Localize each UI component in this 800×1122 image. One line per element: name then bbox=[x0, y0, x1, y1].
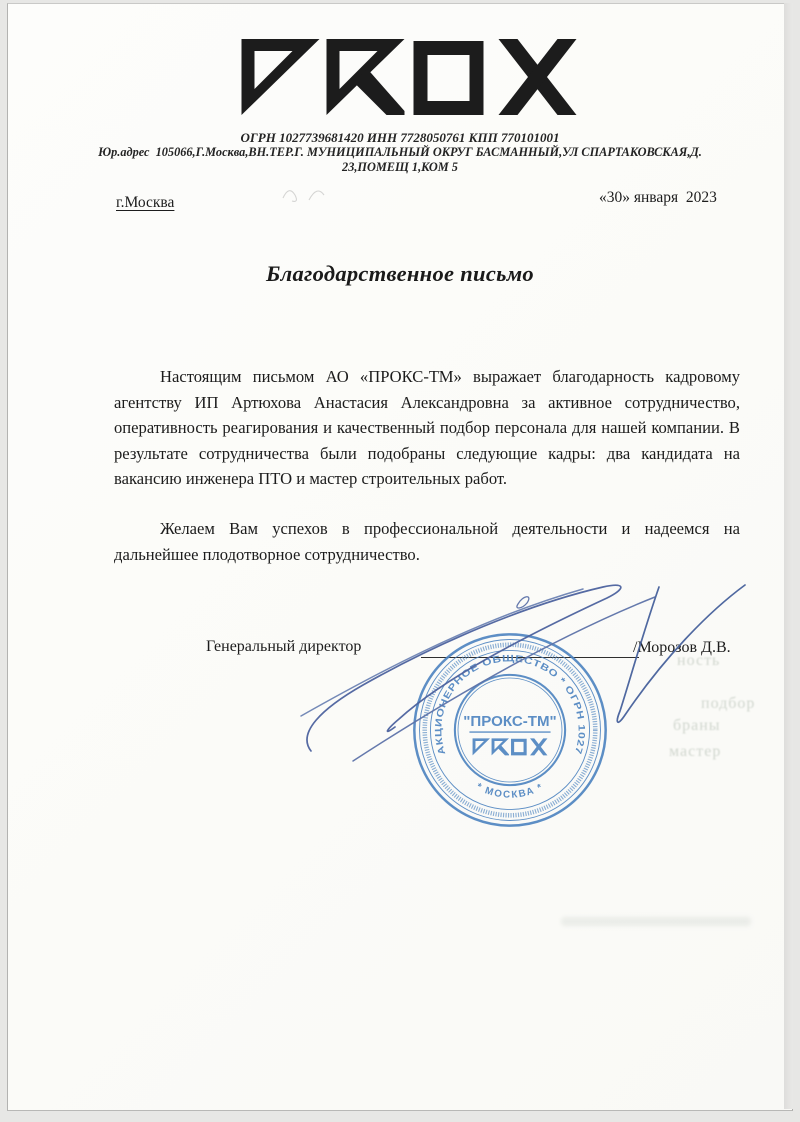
letter-title: Благодарственное письмо bbox=[83, 261, 717, 287]
pencil-marks bbox=[277, 179, 339, 207]
letter-page: PROX ОГРН 1027739681420 ИНН 7728050761 К… bbox=[7, 3, 793, 1111]
prox-logo bbox=[241, 39, 577, 117]
address-line-1: Юр.адрес 105066,Г.Москва,ВН.ТЕР.Г. МУНИЦ… bbox=[83, 145, 717, 160]
logo-letter-p bbox=[242, 39, 320, 115]
company-requisites: ОГРН 1027739681420 ИНН 7728050761 КПП 77… bbox=[83, 130, 717, 175]
handwritten-signature bbox=[271, 559, 751, 794]
ogrn-line: ОГРН 1027739681420 ИНН 7728050761 КПП 77… bbox=[83, 130, 717, 145]
logo-letter-r-leg bbox=[354, 69, 405, 115]
scan-smudge bbox=[561, 917, 751, 926]
date-label: «30» января 2023 bbox=[599, 189, 717, 207]
city-label: г.Москва bbox=[116, 194, 174, 212]
logo-text: PROX bbox=[8, 4, 9, 5]
scan-edge bbox=[784, 3, 793, 1109]
scanned-letter: { "logo": { "text": "PROX" }, "header": … bbox=[0, 0, 800, 1122]
address-line-2: 23,ПОМЕЩ 1,КОМ 5 bbox=[83, 160, 717, 175]
logo-letter-o bbox=[414, 41, 484, 115]
letter-body: Настоящим письмом АО «ПРОКС-ТМ» выражает… bbox=[114, 364, 740, 591]
paragraph-1: Настоящим письмом АО «ПРОКС-ТМ» выражает… bbox=[114, 364, 740, 492]
